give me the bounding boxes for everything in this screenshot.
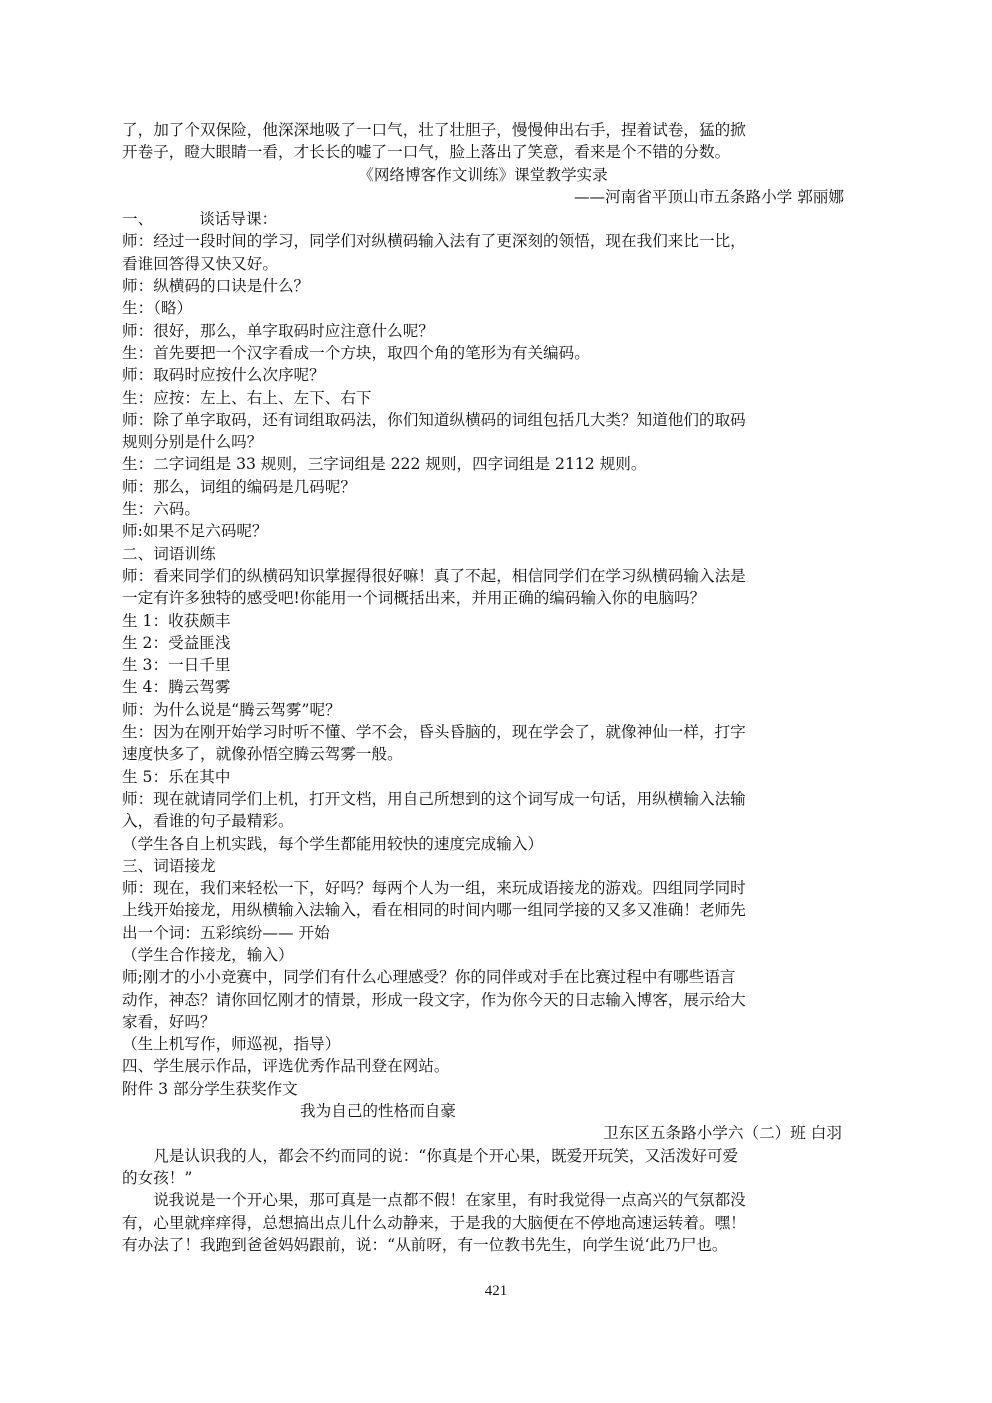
essay-line: 凡是认识我的人，都会不约而同的说：“你真是个开心果，既爱开玩笑，又活泼好可爱 bbox=[122, 1145, 844, 1167]
dialogue-line: 一定有许多独特的感受吧!你能用一个词概括出来，并用正确的编码输入你的电脑吗？ bbox=[122, 587, 844, 609]
section-heading-1: 一、谈话导课： bbox=[122, 208, 844, 230]
essay-title: 我为自己的性格而自豪 bbox=[122, 1100, 844, 1122]
dialogue-line: （生上机写作，师巡视，指导） bbox=[122, 1033, 844, 1055]
dialogue-block-3: 师：现在，我们来轻松一下，好吗？每两个人为一组，来玩成语接龙的游戏。四组同学同时… bbox=[122, 877, 844, 1055]
document-page: 了，加了个双保险，他深深地吸了一口气，壮了壮胆子，慢慢伸出右手，捏着试卷，猛的掀… bbox=[122, 119, 844, 1256]
dialogue-line: 规则分别是什么吗？ bbox=[122, 431, 844, 453]
dialogue-block-2: 师：看来同学们的纵横码知识掌握得很好嘛！真了不起，相信同学们在学习纵横码输入法是… bbox=[122, 565, 844, 855]
dialogue-line: 师：那么，词组的编码是几码呢？ bbox=[122, 476, 844, 498]
dialogue-line: （学生各自上机实践，每个学生都能用较快的速度完成输入） bbox=[122, 833, 844, 855]
dialogue-line: 家看，好吗？ bbox=[122, 1011, 844, 1033]
dialogue-line: 生 3：一日千里 bbox=[122, 654, 844, 676]
continuation-text: 了，加了个双保险，他深深地吸了一口气，壮了壮胆子，慢慢伸出右手，捏着试卷，猛的掀… bbox=[122, 119, 844, 164]
dialogue-line: 生 1：收获颇丰 bbox=[122, 610, 844, 632]
dialogue-line: 师：取码时应按什么次序呢？ bbox=[122, 364, 844, 386]
dialogue-line: 师：纵横码的口诀是什么？ bbox=[122, 275, 844, 297]
dialogue-line: 师：看来同学们的纵横码知识掌握得很好嘛！真了不起，相信同学们在学习纵横码输入法是 bbox=[122, 565, 844, 587]
dialogue-line: 师：经过一段时间的学习，同学们对纵横码输入法有了更深刻的领悟，现在我们来比一比， bbox=[122, 230, 844, 252]
dialogue-line: 动作，神态？请你回忆刚才的情景，形成一段文字，作为你今天的日志输入博客，展示给大 bbox=[122, 989, 844, 1011]
dialogue-line: 生：应按：左上、右上、左下、右下 bbox=[122, 387, 844, 409]
dialogue-line: 师：除了单字取码，还有词组取码法，你们知道纵横码的词组包括几大类？知道他们的取码 bbox=[122, 409, 844, 431]
dialogue-line: 上线开始接龙，用纵横输入法输入，看在相同的时间内哪一组同学接的又多又准确！老师先 bbox=[122, 899, 844, 921]
dialogue-line: 出一个词：五彩缤纷—— 开始 bbox=[122, 922, 844, 944]
section-heading-3: 三、词语接龙 bbox=[122, 855, 844, 877]
dialogue-line: 生：六码。 bbox=[122, 498, 844, 520]
dialogue-line: 师：为什么说是“腾云驾雾”呢？ bbox=[122, 699, 844, 721]
essay-byline: 卫东区五条路小学六（二）班 白羽 bbox=[122, 1122, 844, 1144]
dialogue-line: 师:如果不足六码呢？ bbox=[122, 520, 844, 542]
dialogue-line: 生：首先要把一个汉字看成一个方块，取四个角的笔形为有关编码。 bbox=[122, 342, 844, 364]
essay-paragraph-2: 说我说是一个开心果，那可真是一点都不假！在家里，有时我觉得一点高兴的气氛都没 有… bbox=[122, 1189, 844, 1256]
dialogue-line: 师：现在就请同学们上机，打开文档，用自己所想到的这个词写成一句话，用纵横输入法输 bbox=[122, 788, 844, 810]
essay-line: 说我说是一个开心果，那可真是一点都不假！在家里，有时我觉得一点高兴的气氛都没 bbox=[122, 1189, 844, 1211]
essay-paragraph-1: 凡是认识我的人，都会不约而同的说：“你真是个开心果，既爱开玩笑，又活泼好可爱 的… bbox=[122, 1145, 844, 1190]
dialogue-line: 看谁回答得又快又好。 bbox=[122, 253, 844, 275]
dialogue-line: 生 2：受益匪浅 bbox=[122, 632, 844, 654]
section-heading-2: 二、词语训练 bbox=[122, 543, 844, 565]
dialogue-line: 生 5：乐在其中 bbox=[122, 766, 844, 788]
text-line: 开卷子，瞪大眼睛一看，才长长的嘘了一口气，脸上落出了笑意，看来是个不错的分数。 bbox=[122, 141, 844, 163]
dialogue-line: 生：（略） bbox=[122, 297, 844, 319]
dialogue-line: 师;刚才的小小竞赛中，同学们有什么心理感受？你的同伴或对手在比赛过程中有哪些语言 bbox=[122, 966, 844, 988]
dialogue-line: 速度快多了，就像孙悟空腾云驾雾一般。 bbox=[122, 743, 844, 765]
section-heading-4: 四、学生展示作品，评选优秀作品刊登在网站。 bbox=[122, 1055, 844, 1077]
text-line: 了，加了个双保险，他深深地吸了一口气，壮了壮胆子，慢慢伸出右手，捏着试卷，猛的掀 bbox=[122, 119, 844, 141]
article-byline: ——河南省平顶山市五条路小学 郭丽娜 bbox=[122, 186, 844, 208]
dialogue-line: 入，看谁的句子最精彩。 bbox=[122, 810, 844, 832]
page-number: 421 bbox=[0, 1283, 992, 1300]
dialogue-line: 生 4：腾云驾雾 bbox=[122, 676, 844, 698]
dialogue-line: （学生合作接龙，输入） bbox=[122, 944, 844, 966]
section-title: 谈话导课： bbox=[199, 210, 277, 228]
section-number: 一、 bbox=[122, 210, 153, 228]
article-title: 《网络博客作文训练》课堂教学实录 bbox=[122, 164, 844, 186]
essay-line: 的女孩！” bbox=[122, 1167, 844, 1189]
dialogue-line: 师：很好，那么，单字取码时应注意什么呢？ bbox=[122, 320, 844, 342]
appendix-heading: 附件 3 部分学生获奖作文 bbox=[122, 1078, 844, 1100]
dialogue-block-1: 师：经过一段时间的学习，同学们对纵横码输入法有了更深刻的领悟，现在我们来比一比，… bbox=[122, 230, 844, 542]
dialogue-line: 生：二字词组是 33 规则，三字词组是 222 规则，四字词组是 2112 规则… bbox=[122, 453, 844, 475]
essay-line: 有办法了！我跑到爸爸妈妈跟前，说：“从前呀，有一位教书先生，向学生说‘此乃尸也。 bbox=[122, 1234, 844, 1256]
dialogue-line: 生：因为在刚开始学习时听不懂、学不会，昏头昏脑的，现在学会了，就像神仙一样，打字 bbox=[122, 721, 844, 743]
essay-line: 有，心里就痒痒得，总想搞出点儿什么动静来，于是我的大脑便在不停地高速运转着。嘿！ bbox=[122, 1212, 844, 1234]
dialogue-line: 师：现在，我们来轻松一下，好吗？每两个人为一组，来玩成语接龙的游戏。四组同学同时 bbox=[122, 877, 844, 899]
